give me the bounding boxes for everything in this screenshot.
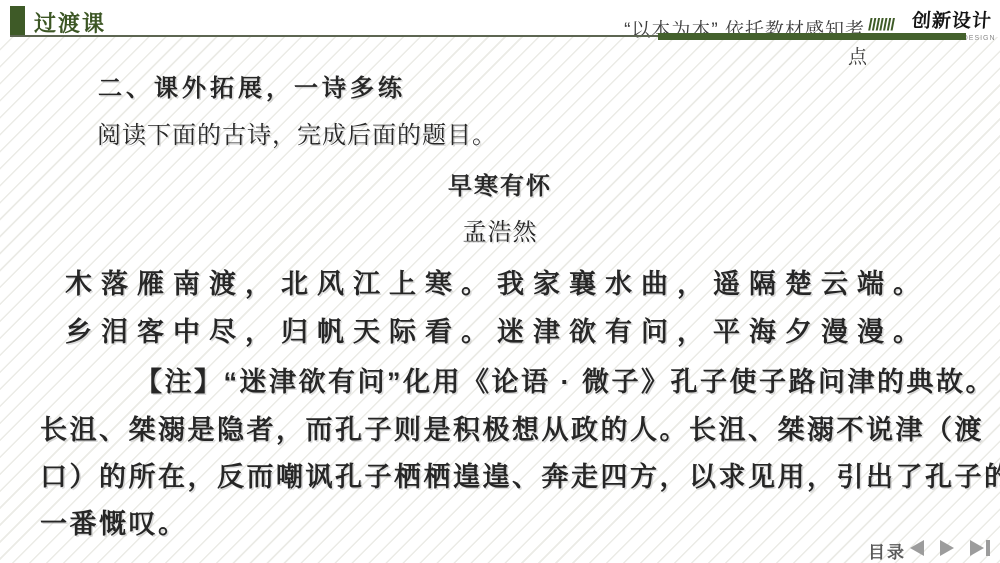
section-title: 过渡课 (34, 7, 106, 38)
arrow-right-icon (940, 540, 954, 556)
arrow-end-icon (970, 540, 984, 556)
logo-name: 创新设计 (905, 6, 999, 33)
note-line: 口）的所在，反而嘲讽孔子栖栖遑遑、奔走四方，以求见用，引出了孔子的 (40, 455, 1000, 494)
note-line: 【注】“迷津欲有问”化用《论语 · 微子》孔子使子路问津的典故。 (135, 360, 995, 399)
slashes-decoration: /////// (868, 15, 894, 35)
note-line: 长沮、桀溺是隐者，而孔子则是积极想从政的人。长沮、桀溺不说津（渡 (40, 408, 984, 447)
arrow-left-icon (910, 540, 924, 556)
prev-slide-button[interactable] (910, 540, 932, 557)
arrow-end-bar (986, 540, 990, 556)
poem-line: 木落雁南渡，北风江上寒。我家襄水曲，遥隔楚云端。 (65, 262, 929, 301)
slide-page: 过渡课 “以本为本”.依托教材感知考 /////// 创新设计 INNOVATI… (0, 0, 1000, 563)
section-heading: 二、课外拓展，一诗多练 (98, 68, 406, 103)
header-topic-text-wrapped: 点 (848, 42, 867, 69)
header-rule-thick (658, 33, 966, 40)
green-accent-block (10, 6, 25, 35)
toc-button[interactable]: 目录 (868, 538, 906, 563)
poem-title: 早寒有怀 (0, 166, 1000, 201)
intro-text: 阅读下面的古诗，完成后面的题目。 (97, 115, 497, 150)
next-slide-button[interactable] (940, 540, 962, 557)
note-line: 一番慨叹。 (40, 502, 188, 541)
poem-line: 乡泪客中尽，归帆天际看。迷津欲有问，平海夕漫漫。 (65, 310, 929, 349)
poem-author: 孟浩然 (0, 212, 1000, 247)
last-slide-button[interactable] (970, 540, 992, 557)
header-band: 过渡课 “以本为本”.依托教材感知考 /////// 创新设计 INNOVATI… (0, 0, 1000, 37)
header-rule-thin (10, 35, 658, 37)
